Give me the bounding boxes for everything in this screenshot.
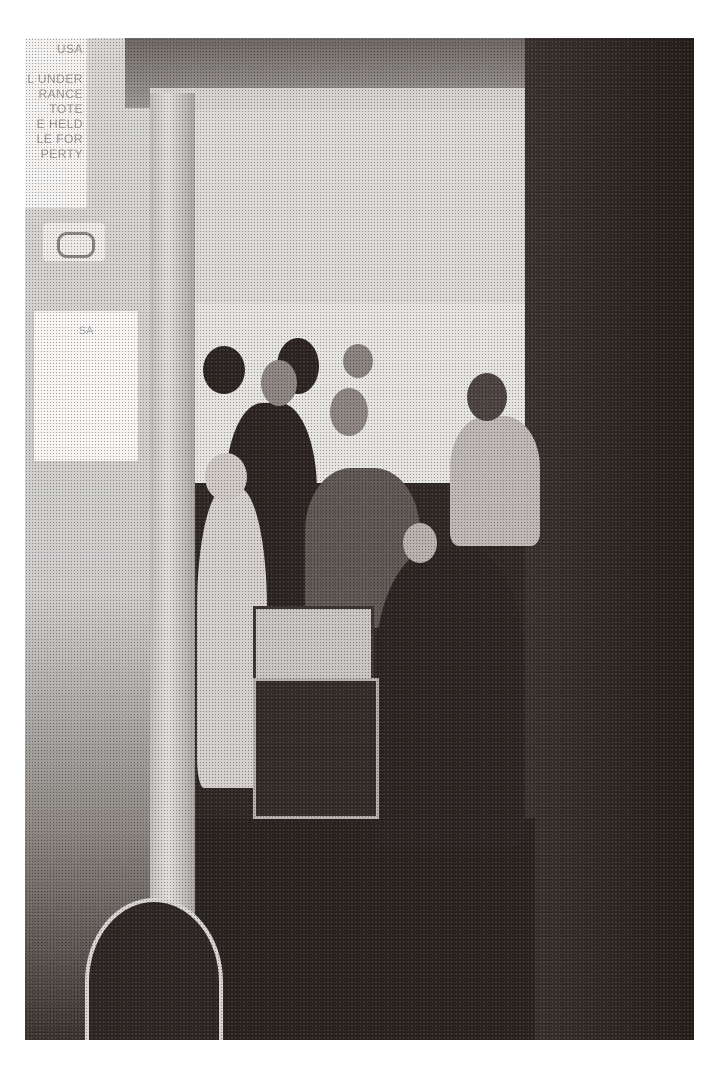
photograph: USA L UNDER RANCE TOTE E HELD LE FOR PER… xyxy=(25,38,694,1040)
film-grain-overlay xyxy=(25,38,694,1040)
